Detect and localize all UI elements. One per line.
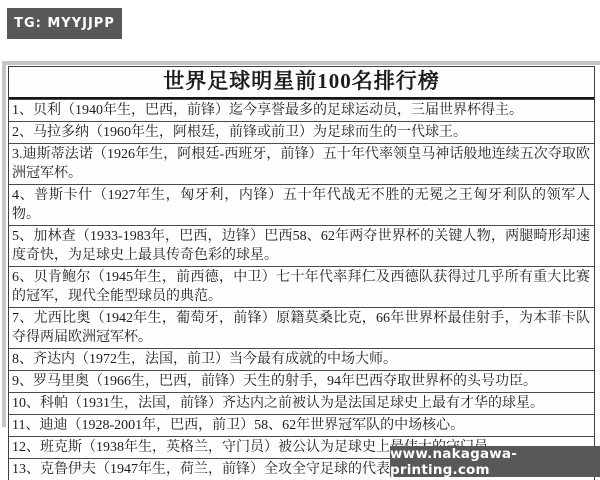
table-row: 11、迪迪（1928-2001年，巴西，前卫）58、62年世界冠军队的中场核心。	[9, 414, 594, 436]
document-page: TG: MYYJJPP 世界足球明星前100名排行榜 1、贝利（1940年生，巴…	[0, 0, 600, 480]
table-row: 2、马拉多纳（1960年生，阿根廷，前锋或前卫）为足球而生的一代球王。	[9, 121, 594, 143]
table-row: 7、尤西比奥（1942年生，葡萄牙，前锋）原籍莫桑比克，66年世界杯最佳射手，为…	[9, 307, 594, 348]
table-row: 8、齐达内（1972生，法国，前卫）当今最有成就的中场大师。	[9, 348, 594, 370]
site-watermark-badge: www.nakagawa-printing.com	[390, 446, 600, 477]
table-row: 1、贝利（1940年生，巴西，前锋）迄今享誉最多的足球运动员，三届世界杯得主。	[9, 99, 594, 121]
telegram-watermark-badge: TG: MYYJJPP	[7, 8, 122, 39]
scan-edge-artifact-top	[2, 61, 600, 65]
table-row: 3.迪斯蒂法诺（1926年生，阿根廷-西班牙，前锋）五十年代率领皇马神话般地连续…	[9, 143, 594, 184]
table-row: 6、贝肯鲍尔（1945年生，前西德，中卫）七十年代率拜仁及西德队获得过几乎所有重…	[9, 266, 594, 307]
ranking-table: 世界足球明星前100名排行榜 1、贝利（1940年生，巴西，前锋）迄今享誉最多的…	[8, 66, 595, 480]
table-row: 10、科帕（1931生，法国，前锋）齐达内之前被认为是法国足球史上最有才华的球星…	[9, 392, 594, 414]
table-row: 4、普斯卡什（1927年生，匈牙利，内锋）五十年代战无不胜的无冕之王匈牙利队的领…	[9, 184, 594, 225]
table-row: 5、加林查（1933-1983年，巴西，边锋）巴西58、62年两夺世界杯的关键人…	[9, 225, 594, 266]
table-row: 9、罗马里奥（1966生，巴西，前锋）天生的射手，94年巴西夺取世界杯的头号功臣…	[9, 370, 594, 392]
table-title: 世界足球明星前100名排行榜	[9, 67, 594, 99]
scan-edge-artifact-left	[2, 61, 6, 427]
